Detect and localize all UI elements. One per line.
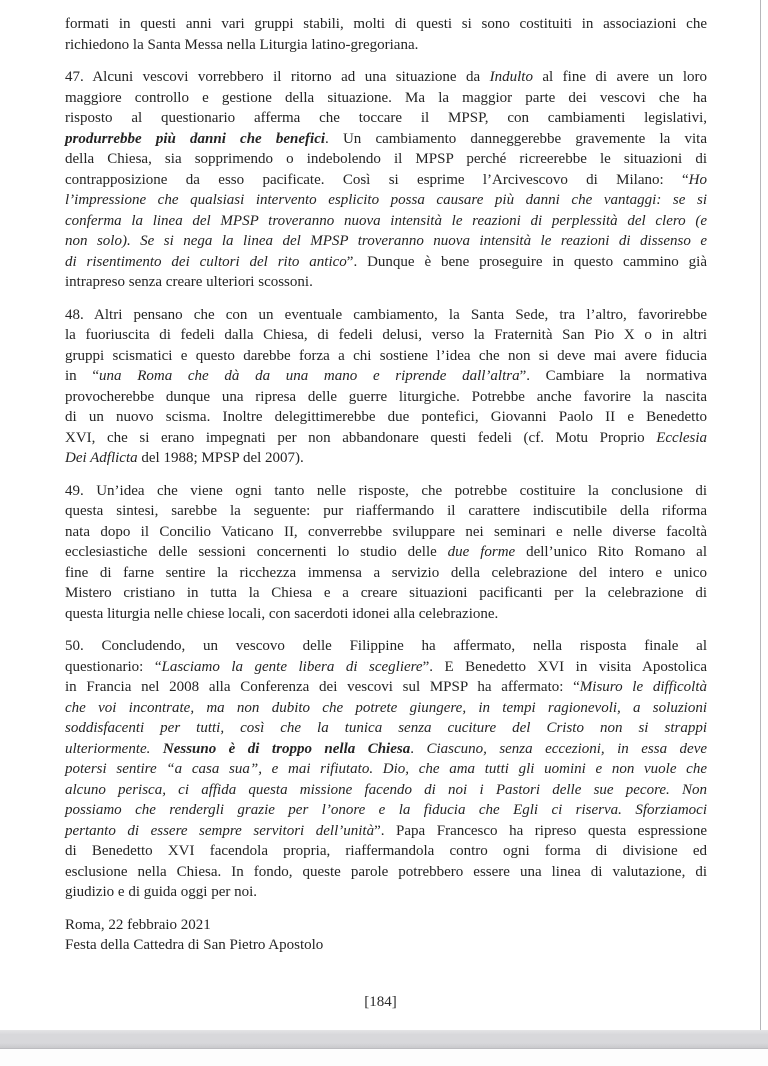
text-run: di risentimento dei cultori del rito ant…: [65, 254, 347, 270]
paragraph: 48. Altri pensano che con un eventuale c…: [65, 305, 707, 469]
text-line: potersi sentire “a casa sua”, e mai rifi…: [65, 759, 707, 780]
text-run: soddisfacenti per tutti, così che la tun…: [65, 720, 707, 736]
page-gap-separator: [0, 1030, 768, 1049]
text-run: 48. Altri pensano che con un eventuale c…: [65, 307, 707, 323]
text-run: 47. Alcuni vescovi vorrebbero il ritorno…: [65, 69, 490, 85]
text-line: nata dopo il Concilio Vaticano II, conve…: [65, 522, 707, 543]
text-line: giudizio e di guida oggi per noi.: [65, 882, 707, 903]
text-run: che voi incontrate, ma non dubito che po…: [65, 700, 707, 716]
text-run: questa liturgia nelle chiese locali, con…: [65, 606, 498, 622]
text-line: XVI, che si erano impegnati per non abba…: [65, 428, 707, 449]
text-run: Festa della Cattedra di San Pietro Apost…: [65, 937, 323, 953]
paragraph: formati in questi anni vari gruppi stabi…: [65, 14, 707, 55]
text-line: Dei Adflicta del 1988; MPSP del 2007).: [65, 448, 707, 469]
text-line: formati in questi anni vari gruppi stabi…: [65, 14, 707, 35]
paragraph: 47. Alcuni vescovi vorrebbero il ritorno…: [65, 67, 707, 293]
text-run: formati in questi anni vari gruppi stabi…: [65, 16, 707, 32]
text-line: produrrebbe più danni che benefici. Un c…: [65, 129, 707, 150]
text-run: di un nuovo scisma. Inoltre delegittimer…: [65, 409, 707, 425]
text-run: l’impressione che qualsiasi intervento e…: [65, 192, 707, 208]
text-run: 49. Un’idea che viene ogni tanto nelle r…: [65, 483, 707, 499]
text-line: Festa della Cattedra di San Pietro Apost…: [65, 935, 707, 956]
text-line: soddisfacenti per tutti, così che la tun…: [65, 718, 707, 739]
text-run: gruppi scismatici e questo darebbe forza…: [65, 348, 707, 364]
text-line: della Chiesa, sia sopprimendo o indebole…: [65, 149, 707, 170]
text-run: ”. Cambiare la normativa: [520, 368, 707, 384]
paragraph: 50. Concludendo, un vescovo delle Filipp…: [65, 636, 707, 903]
text-run: provocherebbe dunque una ripresa delle g…: [65, 389, 707, 405]
text-line: maggiore controllo e gestione della situ…: [65, 88, 707, 109]
text-run: nata dopo il Concilio Vaticano II, conve…: [65, 524, 707, 540]
text-line: di un nuovo scisma. Inoltre delegittimer…: [65, 407, 707, 428]
next-page-top: [0, 1049, 768, 1066]
text-run: al fine di avere un loro: [533, 69, 707, 85]
text-line: possiamo che rendergli grazie per l’onor…: [65, 800, 707, 821]
text-run: produrrebbe più danni che benefici: [65, 131, 325, 147]
text-run: contrapposizione da esso pacificate. Cos…: [65, 172, 689, 188]
text-line: gruppi scismatici e questo darebbe forza…: [65, 346, 707, 367]
text-run: potersi sentire “a casa sua”, e mai rifi…: [65, 761, 707, 777]
text-line: 49. Un’idea che viene ogni tanto nelle r…: [65, 481, 707, 502]
text-line: questionario: “Lasciamo la gente libera …: [65, 657, 707, 678]
text-run: ecclesiastiche delle sessioni concernent…: [65, 544, 448, 560]
text-line: Roma, 22 febbraio 2021: [65, 915, 707, 936]
text-run: Misuro le difficoltà: [580, 679, 707, 695]
text-line: ecclesiastiche delle sessioni concernent…: [65, 542, 707, 563]
text-run: ”. Papa Francesco ha ripreso questa espr…: [374, 823, 707, 839]
text-line: richiedono la Santa Messa nella Liturgia…: [65, 35, 707, 56]
text-run: giudizio e di guida oggi per noi.: [65, 884, 257, 900]
text-line: esclusione nella Chiesa. In fondo, quest…: [65, 862, 707, 883]
text-run: alcuno perisca, ci affida questa mission…: [65, 782, 707, 798]
text-line: di risentimento dei cultori del rito ant…: [65, 252, 707, 273]
text-line: non solo). Se si nega la linea del MPSP …: [65, 231, 707, 252]
text-run: la fuoriuscita di fedeli dalla Chiesa, d…: [65, 327, 707, 343]
text-line: di Benedetto XVI facendola propria, riaf…: [65, 841, 707, 862]
text-run: conferma la linea del MPSP troveranno nu…: [65, 213, 707, 229]
text-line: pertanto di essere sempre servitori dell…: [65, 821, 707, 842]
text-run: esclusione nella Chiesa. In fondo, quest…: [65, 864, 707, 880]
text-run: possiamo che rendergli grazie per l’onor…: [65, 802, 707, 818]
text-run: due forme: [448, 544, 516, 560]
page-text: formati in questi anni vari gruppi stabi…: [65, 14, 707, 956]
text-run: intrapreso senza creare ulteriori scosso…: [65, 274, 313, 290]
text-run: di Benedetto XVI facendola propria, riaf…: [65, 843, 707, 859]
text-line: l’impressione che qualsiasi intervento e…: [65, 190, 707, 211]
text-run: Nessuno è di troppo nella Chiesa: [163, 741, 410, 757]
text-run: 50. Concludendo, un vescovo delle Filipp…: [65, 638, 707, 654]
text-run: . Un cambiamento danneggerebbe gravement…: [325, 131, 707, 147]
text-line: Mistero cristiano in tutta la Chiesa e a…: [65, 583, 707, 604]
text-line: 50. Concludendo, un vescovo delle Filipp…: [65, 636, 707, 657]
paragraph: Roma, 22 febbraio 2021Festa della Catted…: [65, 915, 707, 956]
text-run: Indulto: [490, 69, 533, 85]
text-line: ulteriormente. Nessuno è di troppo nella…: [65, 739, 707, 760]
text-run: Ecclesia: [656, 430, 707, 446]
paragraph: 49. Un’idea che viene ogni tanto nelle r…: [65, 481, 707, 625]
text-run: Dei Adflicta: [65, 450, 138, 466]
text-run: in Francia nel 2008 alla Conferenza dei …: [65, 679, 580, 695]
text-line: in Francia nel 2008 alla Conferenza dei …: [65, 677, 707, 698]
text-run: non solo). Se si nega la linea del MPSP …: [65, 233, 707, 249]
page-right-edge-line: [760, 0, 761, 1066]
text-run: pertanto di essere sempre servitori dell…: [65, 823, 374, 839]
text-run: fine di farne sentire la ricchezza immen…: [65, 565, 707, 581]
text-run: Lasciamo la gente libera di scegliere: [161, 659, 422, 675]
text-run: Roma, 22 febbraio 2021: [65, 917, 211, 933]
page-number: [184]: [0, 994, 761, 1011]
text-run: questa sintesi, sarebbe la seguente: pur…: [65, 503, 707, 519]
text-run: una Roma che dà da una mano e riprende d…: [99, 368, 520, 384]
text-line: in “una Roma che dà da una mano e ripren…: [65, 366, 707, 387]
text-run: .: [410, 741, 426, 757]
text-run: in “: [65, 368, 99, 384]
text-line: provocherebbe dunque una ripresa delle g…: [65, 387, 707, 408]
text-line: conferma la linea del MPSP troveranno nu…: [65, 211, 707, 232]
text-run: risposto al questionario afferma che toc…: [65, 110, 707, 126]
text-line: risposto al questionario afferma che toc…: [65, 108, 707, 129]
text-run: ”. E Benedetto XVI in visita Apostolica: [423, 659, 707, 675]
text-run: ”. Dunque è bene proseguire in questo ca…: [347, 254, 707, 270]
text-line: alcuno perisca, ci affida questa mission…: [65, 780, 707, 801]
text-run: dell’unico Rito Romano al: [515, 544, 707, 560]
text-line: questa liturgia nelle chiese locali, con…: [65, 604, 707, 625]
text-run: della Chiesa, sia sopprimendo o indebole…: [65, 151, 707, 167]
text-line: la fuoriuscita di fedeli dalla Chiesa, d…: [65, 325, 707, 346]
text-line: questa sintesi, sarebbe la seguente: pur…: [65, 501, 707, 522]
text-line: 48. Altri pensano che con un eventuale c…: [65, 305, 707, 326]
text-run: Ciascuno, senza eccezioni, in essa deve: [426, 741, 707, 757]
text-run: ulteriormente.: [65, 741, 163, 757]
text-run: questionario: “: [65, 659, 161, 675]
text-run: Mistero cristiano in tutta la Chiesa e a…: [65, 585, 707, 601]
text-line: contrapposizione da esso pacificate. Cos…: [65, 170, 707, 191]
document-page: formati in questi anni vari gruppi stabi…: [0, 0, 768, 1066]
text-run: del 1988; MPSP del 2007).: [138, 450, 304, 466]
text-run: Ho: [689, 172, 707, 188]
text-run: XVI, che si erano impegnati per non abba…: [65, 430, 656, 446]
text-line: intrapreso senza creare ulteriori scosso…: [65, 272, 707, 293]
text-line: che voi incontrate, ma non dubito che po…: [65, 698, 707, 719]
text-line: 47. Alcuni vescovi vorrebbero il ritorno…: [65, 67, 707, 88]
text-line: fine di farne sentire la ricchezza immen…: [65, 563, 707, 584]
text-run: richiedono la Santa Messa nella Liturgia…: [65, 37, 418, 53]
text-run: maggiore controllo e gestione della situ…: [65, 90, 707, 106]
